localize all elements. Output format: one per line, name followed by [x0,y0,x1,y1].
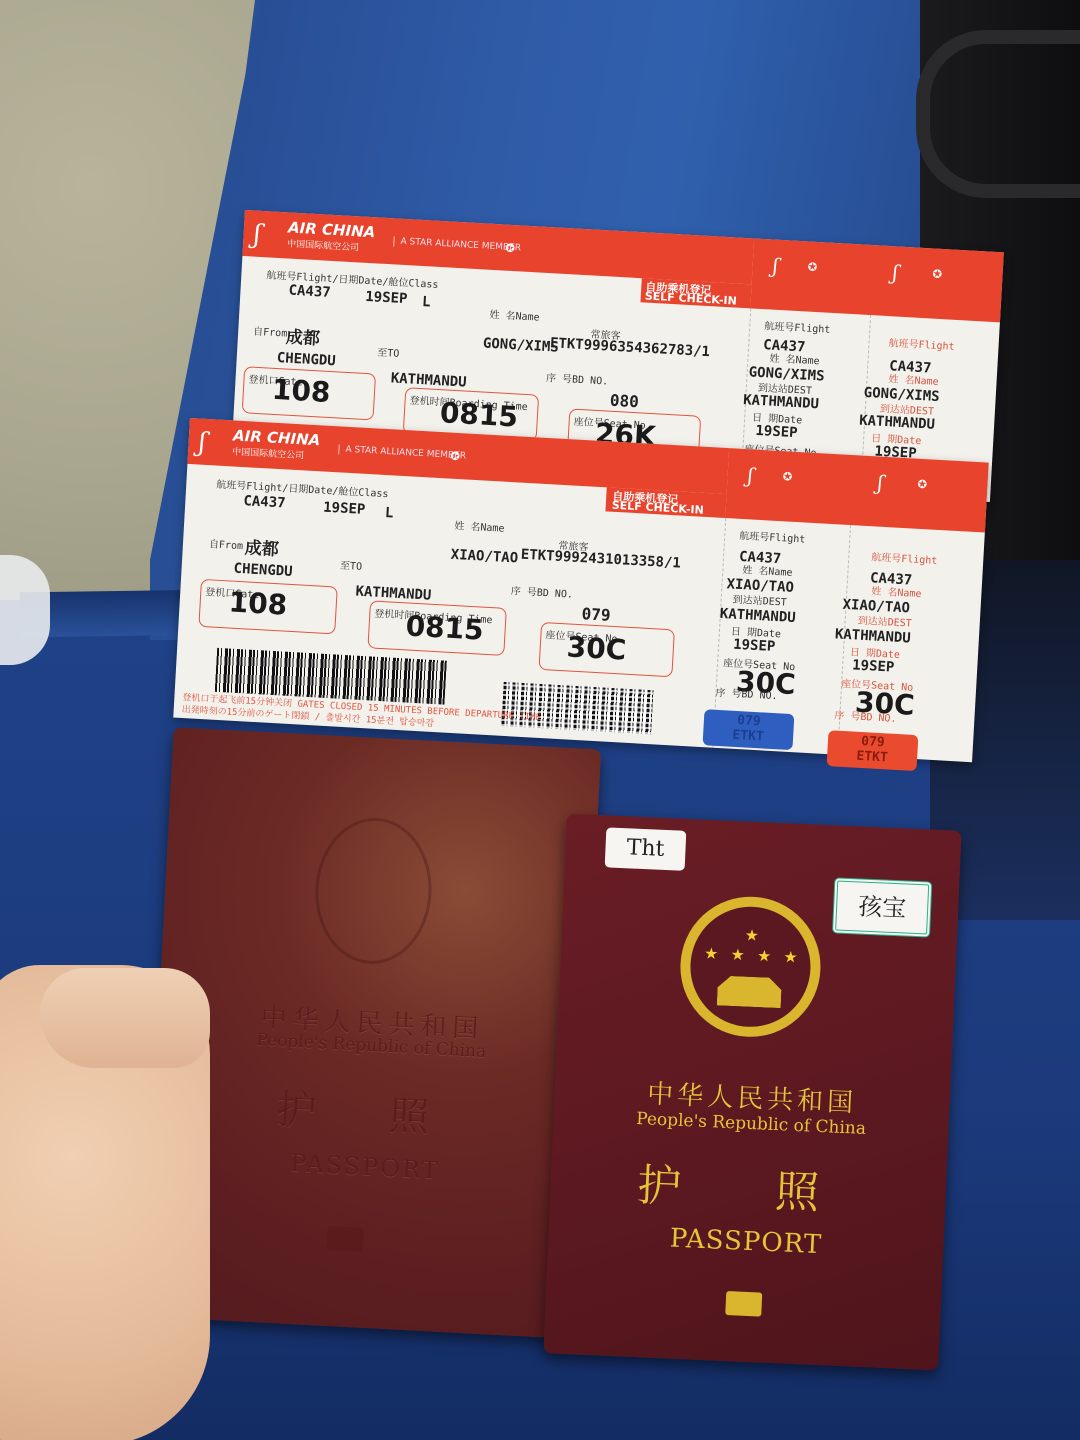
ticket-number: ETKT9996354362783/1 [550,335,711,360]
air-china-logo-icon: ʃ [772,254,779,278]
name-sticker-green: 孩宝 [832,877,932,937]
stub-flight-label: 航班号Flight [739,527,806,546]
finger [40,968,210,1068]
stub-name-label: 姓 名Name [769,350,820,368]
alliance-text: A STAR ALLIANCE MEMBER [393,236,521,253]
bd-no-label: 序 号BD NO. [546,369,609,387]
stub-flight-label: 航班号Flight [764,317,831,336]
stub-dest-label: 到达站DEST [732,591,787,609]
to-label: 至TO [377,344,400,360]
stub-bd-label: 序 号BD NO. [715,684,778,702]
passport-title-cn: 护 照 [153,1072,583,1151]
bd-number: 080 [609,391,639,412]
name-label: 姓 名Name [454,517,505,535]
from-label: 自From [209,535,244,552]
passport-new: Tht 孩宝 ★★ ★ ★ ★ 中华人民共和国 People's Republi… [543,814,961,1371]
national-emblem-icon [312,815,435,967]
stub-bd-label: 序 号BD NO. [834,706,897,724]
stub-name-label: 姓 名Name [742,561,793,579]
self-checkin-band: 自助乘机登记 SELF CHECK-IN [640,278,751,308]
flight-number: CA437 [243,493,286,511]
air-china-logo-icon: ʃ [198,427,232,461]
fare-class: L [385,505,394,521]
bd-no-label: 序 号BD NO. [510,582,573,600]
stub-header-band: ʃ ✪ ʃ ✪ [725,448,989,532]
self-checkin-label: SELF CHECK-IN [644,289,737,307]
tiananmen-icon [717,975,782,1008]
passenger-name: XIAO/TAO [450,547,518,567]
star-alliance-icon: ✪ [450,445,461,465]
name-label: 姓 名Name [489,306,540,324]
ticket-number: ETKT9992431013358/1 [520,547,681,572]
stub-flight-label: 航班号Flight [871,548,938,567]
air-china-logo-icon: ʃ [892,260,899,284]
flight-date: 19SEP [365,289,408,307]
star-alliance-icon: ✪ [917,473,928,493]
from-city-cn: 成都 [244,533,279,560]
name-sticker: Tht [605,827,687,870]
passenger-name: GONG/XIMS [482,336,559,356]
stub-tag-red: 079 ETKT [827,730,919,771]
star-alliance-icon: ✪ [932,262,943,282]
air-china-logo-icon: ʃ [253,219,287,253]
gate-number: 108 [228,585,288,621]
seat-number: 30C [566,630,627,666]
stub-name-label: 姓 名Name [871,582,922,600]
fare-class: L [422,294,431,310]
passport-worn: 中华人民共和国 People's Republic of China 护 照 P… [143,727,601,1339]
stub-flight-label: 航班号Flight [888,334,955,353]
2d-barcode [501,682,653,734]
stub-header-band: ʃ ✪ ʃ ✪ [750,238,1004,322]
flight-date-class-label: 航班号Flight/日期Date/舱位Class [216,476,389,501]
star-alliance-icon: ✪ [505,237,516,257]
stub-dest-label: 到达站DEST [857,612,912,630]
stub-name-label: 姓 名Name [888,370,939,388]
stub-date: 19SEP [852,657,895,675]
gate-box: 登机口Gate 108 [242,366,376,420]
from-label: 自From [253,323,288,340]
boarding-pass-xiao: ʃ AIR CHINA 中国国际航空公司 A STAR ALLIANCE MEM… [173,418,988,762]
flight-number: CA437 [288,283,331,301]
biometric-chip-icon [327,1226,364,1252]
boarding-time-box: 登机时间Boarding Time 0815 [367,600,506,656]
airline-name-cn: 中国国际航空公司 [287,236,360,253]
gate-number: 108 [271,373,331,409]
national-emblem-icon: ★★ ★ ★ ★ [677,894,823,1040]
from-city: CHENGDU [276,350,336,369]
bd-number: 079 [581,604,611,625]
seat-box: 座位号Seat No. 30C [538,622,674,677]
self-checkin-label: SELF CHECK-IN [611,499,704,517]
airline-name-cn: 中国国际航空公司 [232,444,305,461]
flight-date: 19SEP [323,500,366,518]
from-city: CHENGDU [233,561,293,580]
passport-title-en: PASSPORT [548,1218,944,1265]
stub-date: 19SEP [733,637,776,655]
boarding-time: 0815 [405,609,485,646]
stub-tag-blue: 079 ETKT [703,709,795,750]
boarding-time: 0815 [439,396,519,433]
alliance-text: A STAR ALLIANCE MEMBER [338,444,466,461]
air-china-logo-icon: ʃ [877,470,884,494]
star-alliance-icon: ✪ [782,465,793,485]
star-alliance-icon: ✪ [807,256,818,276]
stub-date: 19SEP [755,423,798,441]
air-china-logo-icon: ʃ [747,463,754,487]
from-city-cn: 成都 [285,323,320,350]
bag-strap [916,30,1080,198]
five-stars-icon: ★★ ★ ★ ★ [691,922,813,967]
passport-title-en: PASSPORT [151,1142,580,1192]
passport-title-cn: 护 照 [550,1145,947,1226]
biometric-chip-icon [725,1291,762,1317]
to-label: 至TO [340,557,363,573]
gate-box: 登机口Gate 108 [198,579,337,635]
